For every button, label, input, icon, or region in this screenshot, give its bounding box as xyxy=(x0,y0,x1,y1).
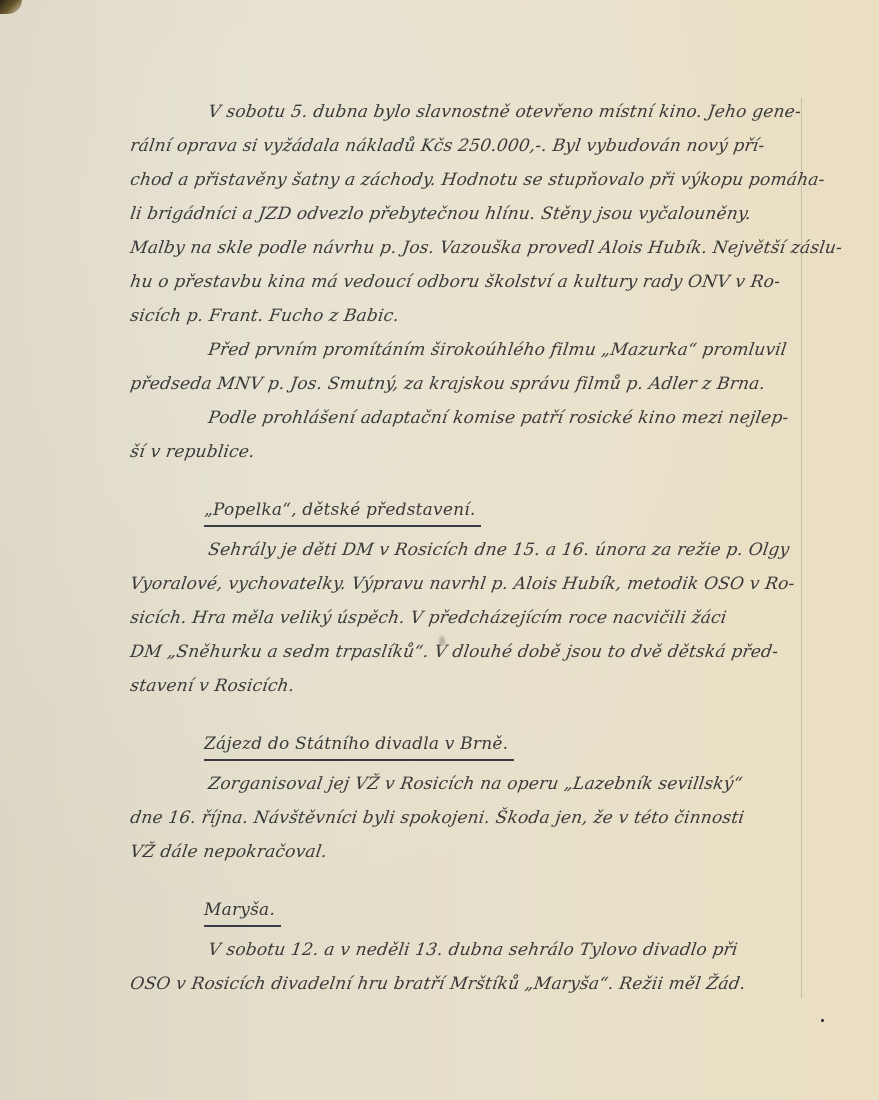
paper-smudge xyxy=(439,636,445,646)
section-heading: „Popelka“, dětské představení. xyxy=(204,495,481,527)
paragraph: V sobotu 5. dubna bylo slavnostně otevře… xyxy=(128,95,800,333)
text-line: ší v republice. xyxy=(128,435,805,469)
text-line: Sehrály je děti DM v Rosicích dne 15. a … xyxy=(128,533,805,567)
text-line: Před prvním promítáním širokoúhlého film… xyxy=(128,333,805,367)
paragraph: Podle prohlášení adaptační komise patří … xyxy=(128,401,800,469)
section-heading: Maryša. xyxy=(204,895,281,927)
text-line: DM „Sněhurku a sedm trpaslíků“. V dlouhé… xyxy=(128,635,805,669)
text-line: předseda MNV p. Jos. Smutný, za krajskou… xyxy=(128,367,805,401)
paragraph: Sehrály je děti DM v Rosicích dne 15. a … xyxy=(128,533,800,703)
text-line: VŽ dále nepokračoval. xyxy=(128,835,805,869)
text-line: Malby na skle podle návrhu p. Jos. Vazou… xyxy=(128,231,805,265)
document-page: V sobotu 5. dubna bylo slavnostně otevře… xyxy=(0,0,879,1100)
text-line: stavení v Rosicích. xyxy=(128,669,805,703)
text-line: hu o přestavbu kina má vedoucí odboru šk… xyxy=(128,265,805,299)
paragraph: V sobotu 12. a v neděli 13. dubna sehrál… xyxy=(128,933,800,1001)
text-line: Zorganisoval jej VŽ v Rosicích na operu … xyxy=(128,767,805,801)
ink-spot xyxy=(821,1019,824,1022)
section-popelka: „Popelka“, dětské představení. Sehrály j… xyxy=(128,479,800,703)
text-line: rální oprava si vyžádala nákladů Kčs 250… xyxy=(128,129,805,163)
text-line: sicích p. Frant. Fucho z Babic. xyxy=(128,299,805,333)
section-heading: Zájezd do Státního divadla v Brně. xyxy=(204,729,514,761)
text-line: Podle prohlášení adaptační komise patří … xyxy=(128,401,805,435)
text-line: OSO v Rosicích divadelní hru bratří Mršt… xyxy=(128,967,805,1001)
text-line: dne 16. října. Návštěvníci byli spokojen… xyxy=(128,801,805,835)
text-line: V sobotu 12. a v neděli 13. dubna sehrál… xyxy=(128,933,805,967)
text-line: li brigádníci a JZD odvezlo přebytečnou … xyxy=(128,197,805,231)
heading-wrapper: „Popelka“, dětské představení. xyxy=(128,479,800,527)
section-marysa: Maryša. V sobotu 12. a v neděli 13. dubn… xyxy=(128,879,800,1001)
heading-wrapper: Zájezd do Státního divadla v Brně. xyxy=(128,713,800,761)
section-zajezd: Zájezd do Státního divadla v Brně. Zorga… xyxy=(128,713,800,869)
text-line: sicích. Hra měla veliký úspěch. V předch… xyxy=(128,601,805,635)
text-line: chod a přistavěny šatny a záchody. Hodno… xyxy=(128,163,805,197)
text-line: V sobotu 5. dubna bylo slavnostně otevře… xyxy=(128,95,805,129)
page-corner-shadow xyxy=(0,0,22,14)
paragraph: Zorganisoval jej VŽ v Rosicích na operu … xyxy=(128,767,800,869)
paragraph: Před prvním promítáním širokoúhlého film… xyxy=(128,333,800,401)
handwritten-text-block: V sobotu 5. dubna bylo slavnostně otevře… xyxy=(128,95,800,1001)
section-kino: V sobotu 5. dubna bylo slavnostně otevře… xyxy=(128,95,800,469)
text-line: Vyoralové, vychovatelky. Výpravu navrhl … xyxy=(128,567,805,601)
heading-wrapper: Maryša. xyxy=(128,879,800,927)
